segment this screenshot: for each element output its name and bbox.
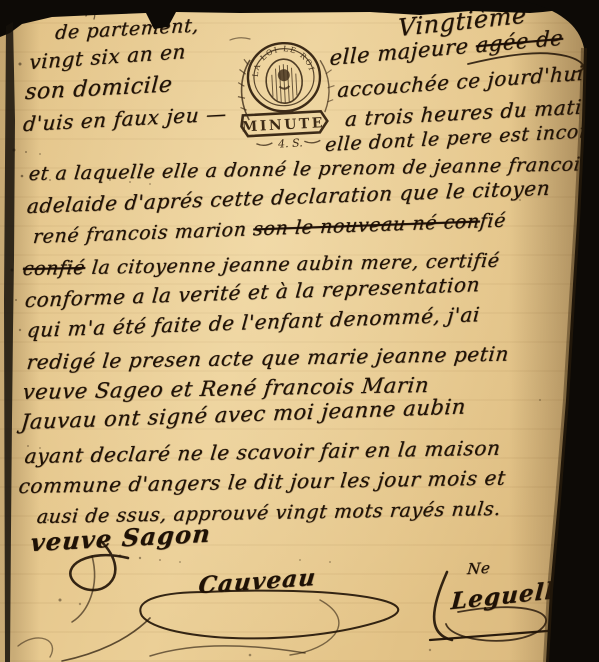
signature-right-superscript: Ne — [466, 559, 491, 578]
manuscript-scan: LA LOI LE ROI MINUTE 4. S. Vingtième de … — [0, 0, 599, 662]
minute-banner: MINUTE — [241, 111, 328, 136]
stamp-denomination: 4. S. — [277, 136, 303, 150]
